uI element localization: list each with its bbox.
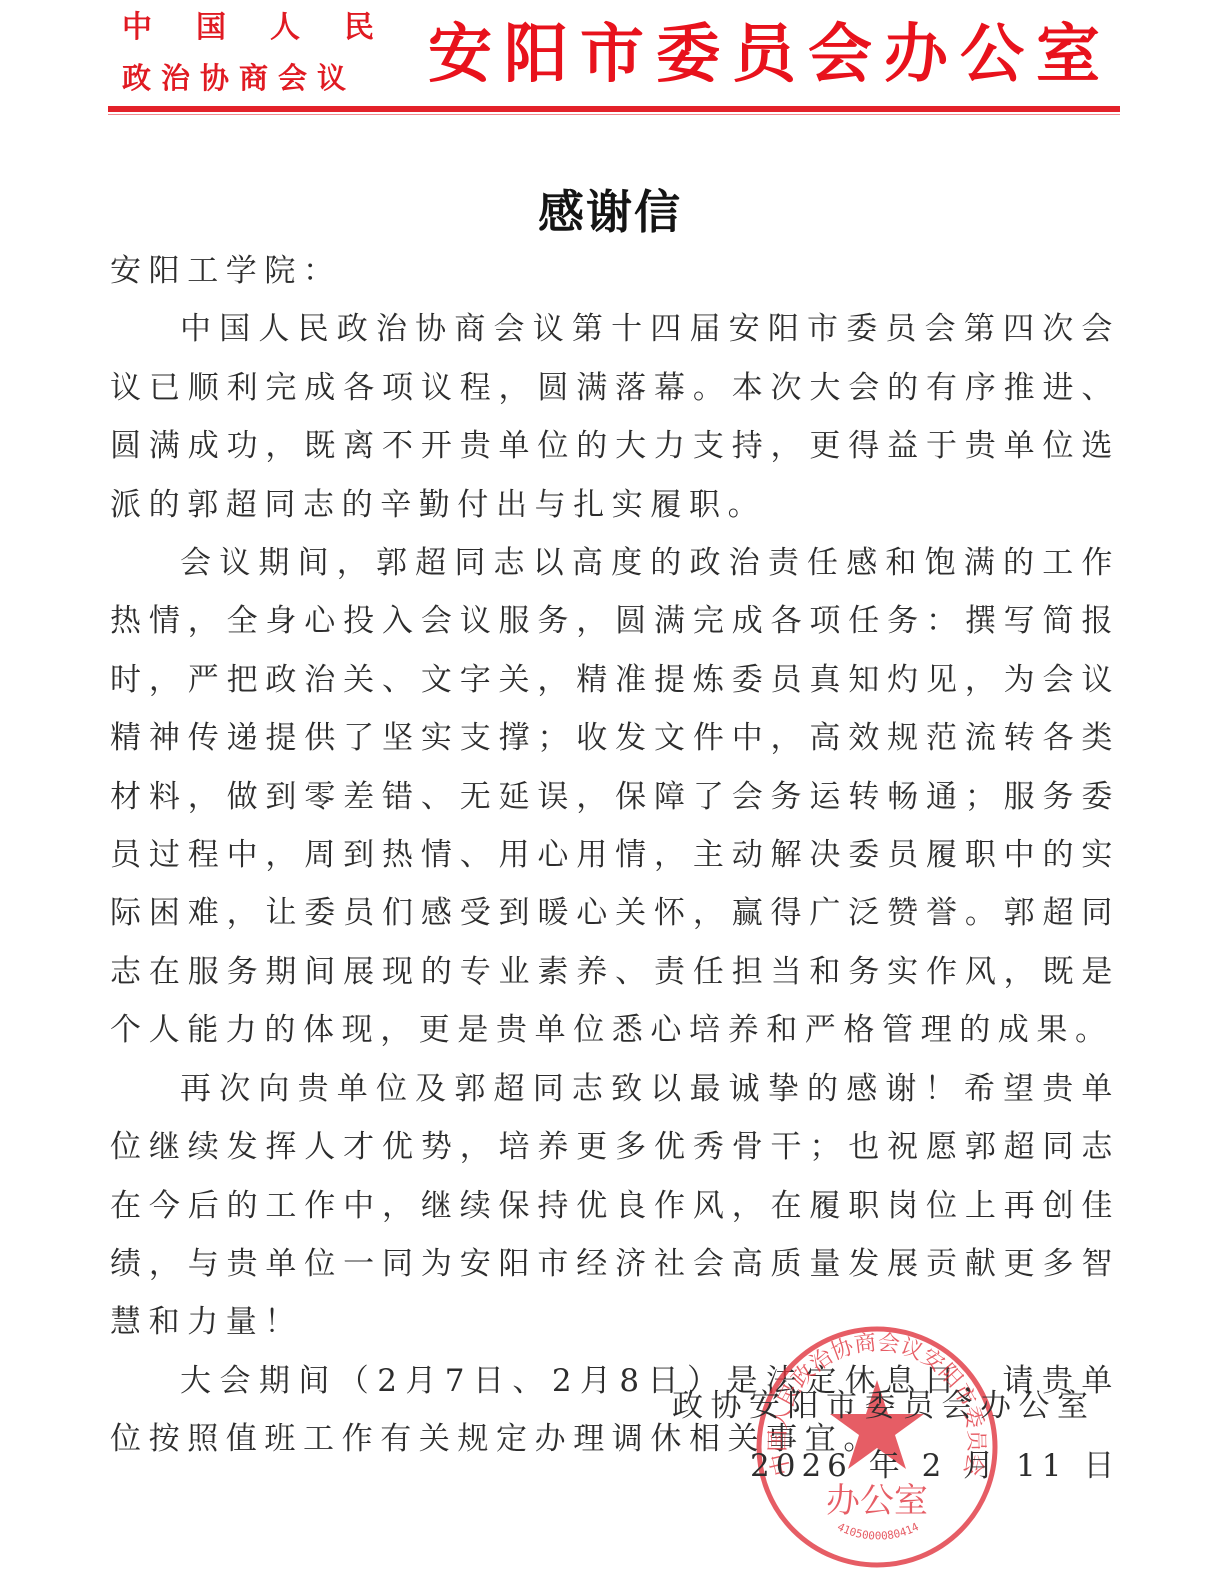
paragraph-1: 中国人民政治协商会议第十四届安阳市委员会第四次会议已顺利完成各项议程，圆满落幕。… — [110, 300, 1120, 534]
letterhead-org-line1: 中国人民 — [122, 8, 372, 48]
svg-text:4105000080414: 4105000080414 — [835, 1520, 921, 1542]
letterhead-red-rule-thin — [108, 114, 1120, 115]
signature-date: 2026 年 2 月 11 日 — [750, 1440, 1120, 1485]
letterhead-red-rule — [108, 106, 1120, 112]
paragraph-2: 会议期间，郭超同志以高度的政治责任感和饱满的工作热情，全身心投入会议服务，圆满完… — [110, 534, 1120, 1060]
document-title: 感谢信 — [0, 176, 1220, 242]
letterhead-org-name: 中国人民 政治协商会议 — [122, 8, 372, 98]
letterhead-org-line2: 政治协商会议 — [122, 58, 372, 98]
stamp-code: 4105000080414 — [835, 1520, 921, 1542]
signature-office: 政协安阳市委员会办公室 — [672, 1380, 1096, 1425]
stamp-center-text: 办公室 — [826, 1481, 928, 1521]
salutation: 安阳工学院： — [110, 242, 1120, 300]
document-body: 安阳工学院： 中国人民政治协商会议第十四届安阳市委员会第四次会议已顺利完成各项议… — [110, 242, 1120, 1469]
paragraph-3: 再次向贵单位及郭超同志致以最诚挚的感谢！希望贵单位继续发挥人才优势，培养更多优秀… — [110, 1060, 1120, 1352]
letterhead-office-name: 安阳市委员会办公室 — [428, 14, 1112, 96]
